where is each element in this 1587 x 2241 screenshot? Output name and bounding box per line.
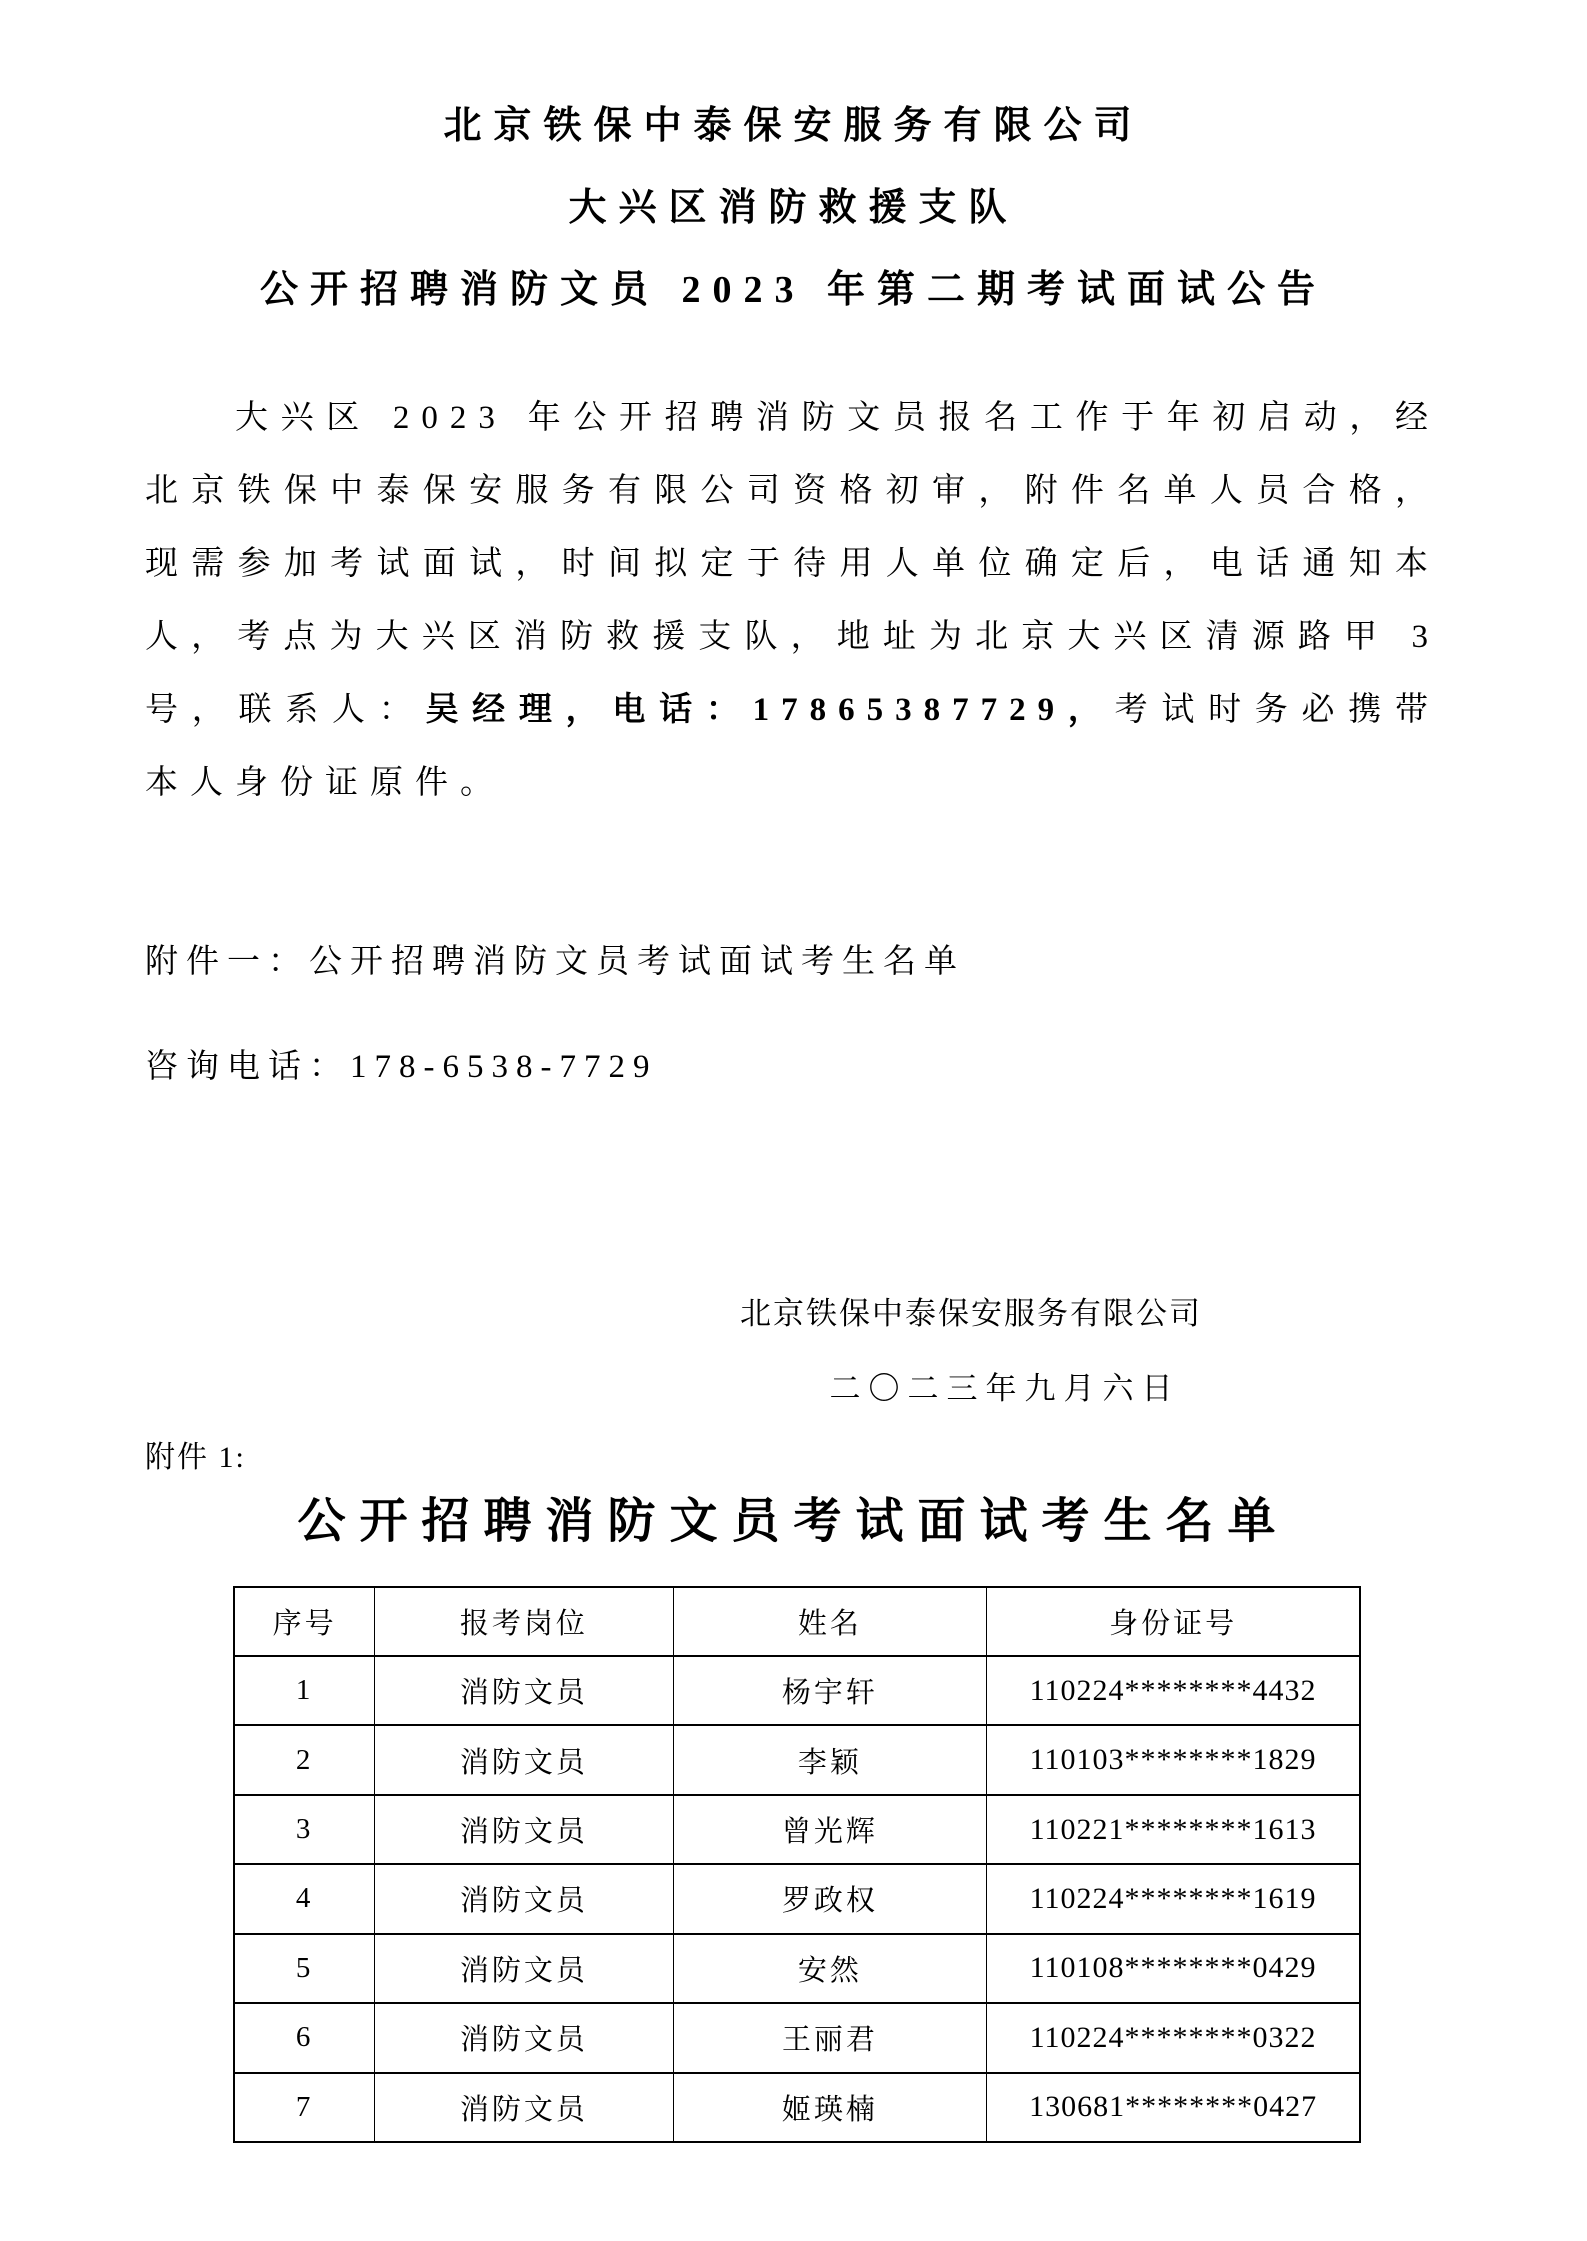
id-number-cell: 130681********0427	[987, 2073, 1360, 2142]
table-header-cell: 姓名	[673, 1587, 987, 1656]
inquiry-phone-line: 咨询电话：178-6538-7729	[145, 1040, 657, 1087]
position-cell: 消防文员	[375, 2073, 673, 2142]
id-number-cell: 110103********1829	[987, 1725, 1360, 1794]
serial-cell: 7	[234, 2073, 375, 2142]
body-text-segment: 大兴区 2023 年公开招聘消防文员报名工作于年初启动，经北京铁保中泰保安服务有…	[145, 400, 1440, 728]
table-header-cell: 报考岗位	[375, 1587, 673, 1656]
title-line-company: 北京铁保中泰保安服务有限公司	[0, 85, 1587, 167]
serial-cell: 6	[234, 2003, 375, 2072]
table-header-row: 序号报考岗位姓名身份证号	[234, 1587, 1360, 1656]
table-row: 1消防文员杨宇轩110224********4432	[234, 1656, 1360, 1725]
name-cell: 罗政权	[673, 1864, 987, 1933]
table-row: 6消防文员王丽君110224********0322	[234, 2003, 1360, 2072]
table-row: 7消防文员姬瑛楠130681********0427	[234, 2073, 1360, 2142]
position-cell: 消防文员	[375, 1656, 673, 1725]
body-contact-segment: 吴经理，电话：17865387729，	[425, 692, 1114, 728]
id-number-cell: 110224********1619	[987, 1864, 1360, 1933]
position-cell: 消防文员	[375, 2003, 673, 2072]
document-page: 北京铁保中泰保安服务有限公司 大兴区消防救援支队 公开招聘消防文员 2023 年…	[0, 0, 1587, 2241]
serial-cell: 1	[234, 1656, 375, 1725]
announcement-body: 大兴区 2023 年公开招聘消防文员报名工作于年初启动，经北京铁保中泰保安服务有…	[145, 382, 1440, 820]
signature-date: 二〇二三年九月六日	[820, 1363, 1190, 1408]
name-cell: 杨宇轩	[673, 1656, 987, 1725]
id-number-cell: 110224********0322	[987, 2003, 1360, 2072]
table-row: 2消防文员李颖110103********1829	[234, 1725, 1360, 1794]
id-number-cell: 110108********0429	[987, 1934, 1360, 2003]
position-cell: 消防文员	[375, 1934, 673, 2003]
serial-cell: 2	[234, 1725, 375, 1794]
signature-organization: 北京铁保中泰保安服务有限公司	[740, 1288, 1180, 1333]
serial-cell: 4	[234, 1864, 375, 1933]
position-cell: 消防文员	[375, 1725, 673, 1794]
name-cell: 姬瑛楠	[673, 2073, 987, 2142]
serial-cell: 5	[234, 1934, 375, 2003]
position-cell: 消防文员	[375, 1864, 673, 1933]
table-header-cell: 序号	[234, 1587, 375, 1656]
id-number-cell: 110221********1613	[987, 1795, 1360, 1864]
document-title-block: 北京铁保中泰保安服务有限公司 大兴区消防救援支队 公开招聘消防文员 2023 年…	[0, 85, 1587, 331]
table-row: 5消防文员安然110108********0429	[234, 1934, 1360, 2003]
candidate-table: 序号报考岗位姓名身份证号 1消防文员杨宇轩110224********44322…	[233, 1586, 1361, 2143]
table-header-cell: 身份证号	[987, 1587, 1360, 1656]
id-number-cell: 110224********4432	[987, 1656, 1360, 1725]
candidate-list-title: 公开招聘消防文员考试面试考生名单	[0, 1482, 1587, 1551]
attachment-1-label: 附件 1:	[145, 1432, 246, 1476]
title-line-detachment: 大兴区消防救援支队	[0, 167, 1587, 249]
serial-cell: 3	[234, 1795, 375, 1864]
name-cell: 曾光辉	[673, 1795, 987, 1864]
table-row: 4消防文员罗政权110224********1619	[234, 1864, 1360, 1933]
name-cell: 安然	[673, 1934, 987, 2003]
table-row: 3消防文员曾光辉110221********1613	[234, 1795, 1360, 1864]
attachment-reference-line: 附件一：公开招聘消防文员考试面试考生名单	[145, 935, 965, 982]
title-line-announcement: 公开招聘消防文员 2023 年第二期考试面试公告	[0, 249, 1587, 331]
name-cell: 李颖	[673, 1725, 987, 1794]
name-cell: 王丽君	[673, 2003, 987, 2072]
position-cell: 消防文员	[375, 1795, 673, 1864]
